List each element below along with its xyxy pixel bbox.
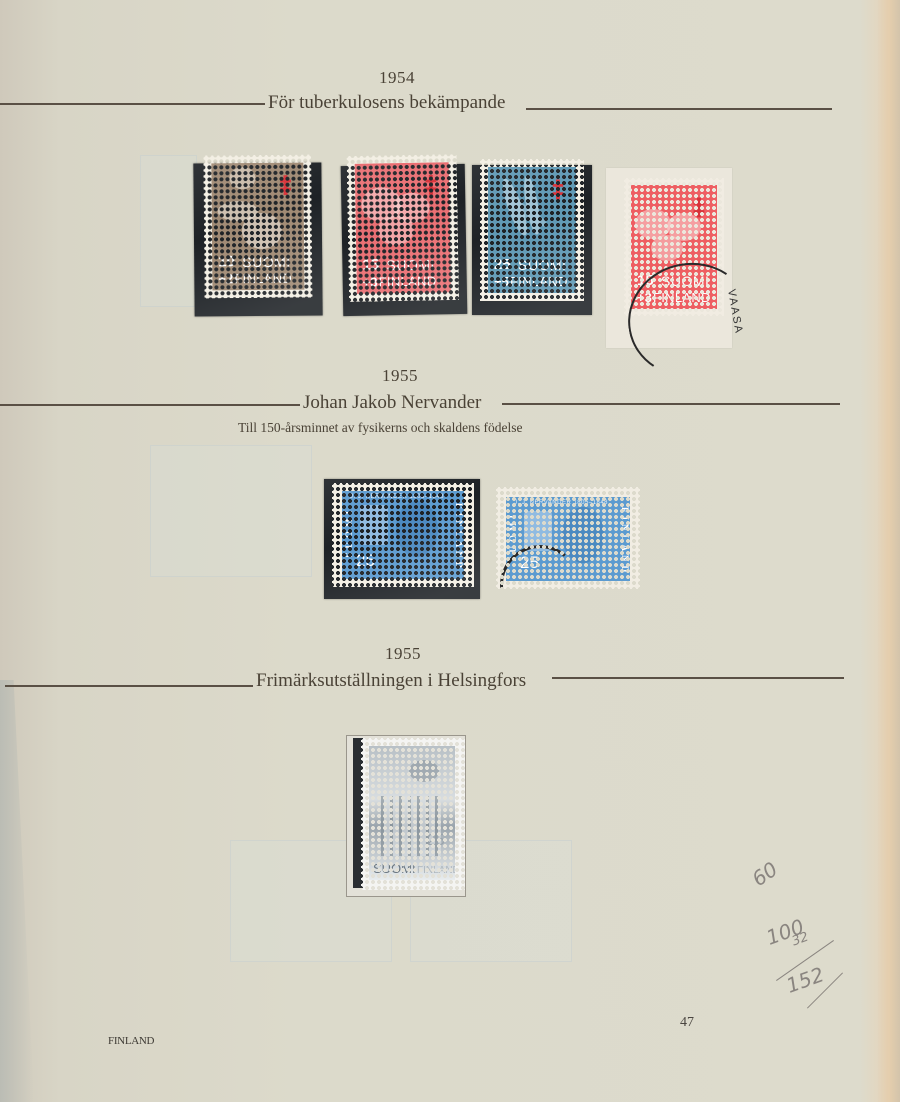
double-cross-icon: ‡: [693, 195, 705, 219]
stamp-country: FINLAND: [379, 273, 437, 289]
stamp-tb-10[interactable]: ‡ 10 SUOMI +2 FINLAND: [203, 155, 312, 299]
stamp-tb-15[interactable]: ‡ 15 SUOMI +3 FINLAND: [347, 154, 460, 302]
stamp-mount[interactable]: J. J. NERVANDER 1805–1848 SUOMI FINLAND …: [324, 479, 480, 599]
heading-rule-left: [0, 103, 265, 105]
section-title: Frimärksutställningen i Helsingfors: [256, 670, 526, 692]
footer-country: FINLAND: [108, 1035, 154, 1047]
heading-rule-left: [0, 404, 300, 406]
stamp-inscription: J. J. NERVANDER 1805–1848: [350, 494, 444, 500]
stamp-nervander-used[interactable]: J. J. NERVANDER 1805–1848 SUOMI FINLAND …: [496, 487, 640, 589]
flower-motif: [242, 213, 282, 249]
stamp-tb-25[interactable]: ‡ 25 SUOMI +5 FINLAND: [480, 159, 584, 301]
heading-rule-right: [552, 677, 844, 679]
double-cross-icon: ‡: [425, 172, 437, 196]
stamp-mount[interactable]: ‡ 25 SUOMI +5 FINLAND: [472, 165, 592, 315]
stamp-mount[interactable]: SUOMI FINLAND 25: [346, 735, 466, 897]
section-title: För tuberkulosens bekämpande: [268, 92, 505, 114]
stamp-mount[interactable]: ‡ 10 SUOMI +2 FINLAND: [193, 162, 322, 316]
stamp-country: FINLAND: [510, 274, 568, 289]
cathedral-motif: [409, 760, 439, 782]
stamp-value: 25: [356, 551, 375, 571]
stamp-value: 15: [362, 256, 379, 273]
page-shadow: [0, 680, 34, 1102]
heading-rule-right: [502, 403, 840, 405]
heading-rule-right: [526, 108, 832, 110]
section-year: 1955: [375, 366, 425, 386]
portrait-motif: [562, 507, 604, 563]
stamp-country: FINLAND: [234, 271, 292, 287]
stamp-on-piece[interactable]: ‡ 15 SUOMI +3 FINLAND VAASA: [606, 168, 732, 348]
stamp-country: SUOMI: [386, 256, 435, 273]
portrait-motif: [396, 501, 438, 557]
stamp-exhibition[interactable]: SUOMI FINLAND 25: [361, 738, 465, 890]
bee-motif: [229, 167, 255, 189]
stamp-mount[interactable]: ‡ 15 SUOMI +3 FINLAND: [341, 164, 468, 316]
stamp-value: 10: [218, 253, 235, 270]
stamp-nervander-mint[interactable]: J. J. NERVANDER 1805–1848 SUOMI FINLAND …: [332, 483, 474, 587]
double-cross-icon: ‡: [279, 173, 291, 197]
stamp-country: SUOMI: [344, 507, 354, 558]
butterfly-motif: [378, 215, 415, 246]
butterfly-motif: [651, 235, 683, 261]
stamp-country: FINLAND: [417, 865, 455, 876]
pencil-note: 60: [747, 857, 782, 891]
section-subtitle: Till 150-årsminnet av fysikerns och skal…: [238, 420, 522, 436]
stamp-country: FINLAND: [620, 507, 630, 576]
stamp-country: SUOMI: [242, 254, 291, 270]
ghost-box: [140, 155, 197, 307]
observatory-motif: [360, 505, 388, 545]
stamp-country: FINLAND: [454, 503, 464, 572]
stamp-country: SUOMI: [518, 257, 566, 273]
stamp-country: SUOMI: [373, 861, 416, 876]
section-year: 1955: [378, 644, 428, 664]
heading-rule-left: [5, 685, 253, 687]
stamp-surcharge: +3: [363, 274, 378, 289]
section-title: Johan Jakob Nervander: [303, 392, 481, 414]
page-edge: [878, 0, 900, 1102]
stamp-surcharge: +5: [494, 274, 509, 289]
stamp-surcharge: +2: [218, 271, 233, 286]
stamp-value: 25: [494, 256, 511, 273]
stamp-value: 25: [427, 832, 445, 850]
page-number: 47: [680, 1015, 694, 1031]
section-year: 1954: [372, 68, 422, 88]
stamp-inscription: J. J. NERVANDER 1805–1848: [514, 500, 608, 506]
double-cross-icon: ‡: [552, 177, 564, 201]
ghost-box: [150, 445, 312, 577]
